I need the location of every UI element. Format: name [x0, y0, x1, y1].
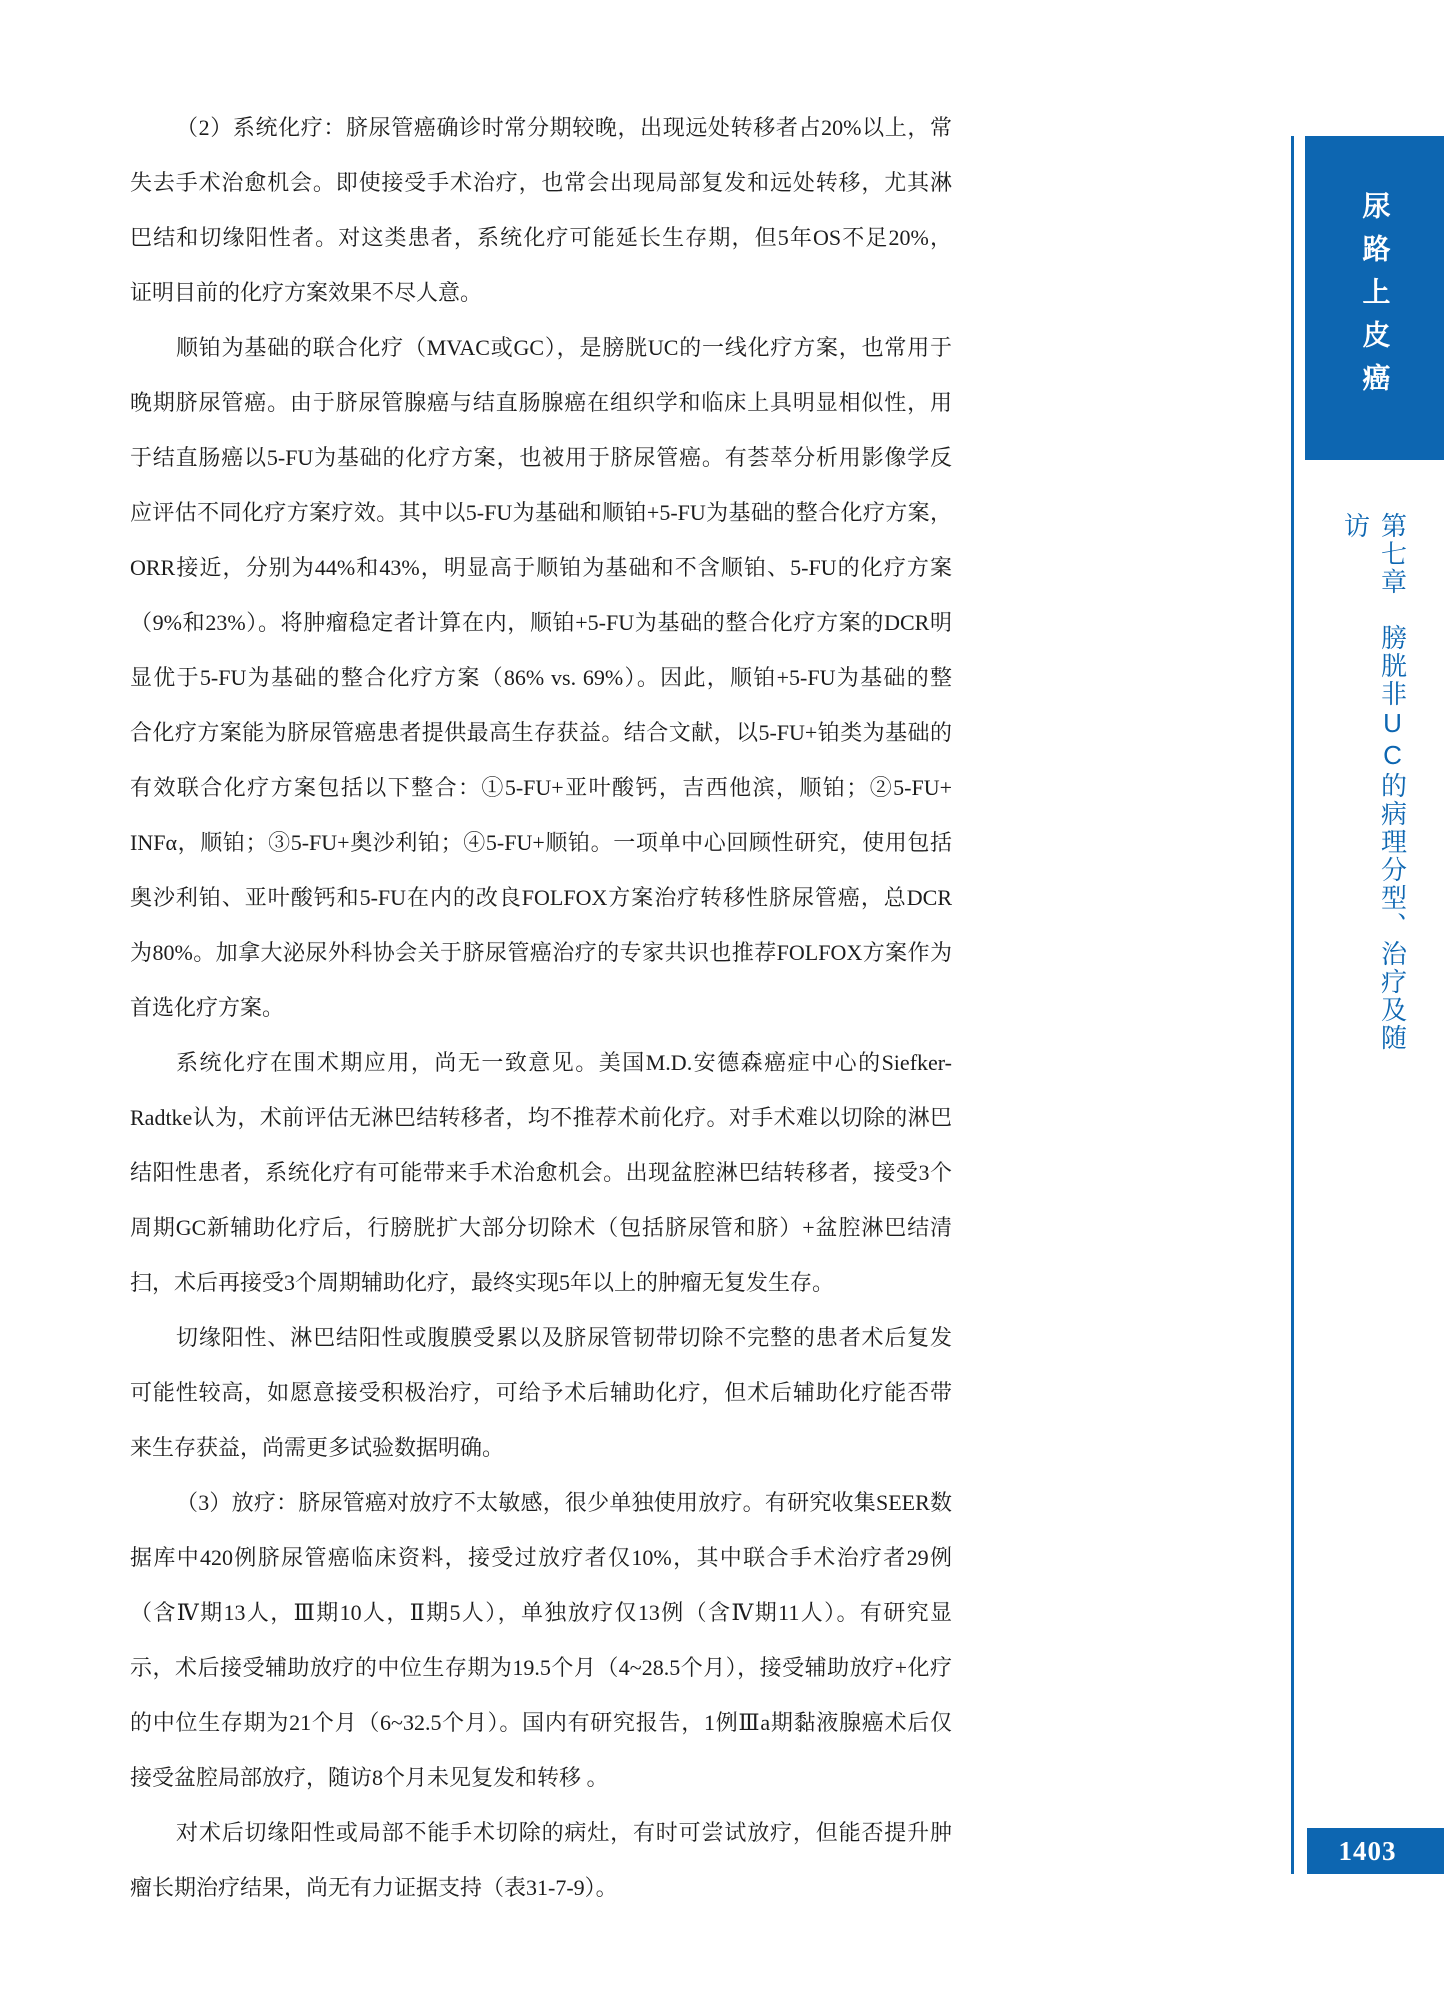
- text-line: 接受盆腔局部放疗，随访8个月未见复发和转移 。: [130, 1750, 952, 1805]
- text-line: 证明目前的化疗方案效果不尽人意。: [130, 265, 952, 320]
- text-line: 失去手术治愈机会。即使接受手术治疗，也常会出现局部复发和远处转移，尤其淋: [130, 155, 952, 210]
- text-line: 的中位生存期为21个月（6~32.5个月）。国内有研究报告，1例Ⅲa期黏液腺癌术…: [130, 1695, 952, 1750]
- text-line: 来生存获益，尚需更多试验数据明确。: [130, 1420, 952, 1475]
- text-line: 可能性较高，如愿意接受积极治疗，可给予术后辅助化疗，但术后辅助化疗能否带: [130, 1365, 952, 1420]
- text-line: 有效联合化疗方案包括以下整合：①5-FU+亚叶酸钙，吉西他滨，顺铂；②5-FU+: [130, 760, 952, 815]
- text-line: 为80%。加拿大泌尿外科协会关于脐尿管癌治疗的专家共识也推荐FOLFOX方案作为: [130, 925, 952, 980]
- section-tab-label: 尿路上皮癌: [1355, 191, 1395, 406]
- text-line: 系统化疗在围术期应用，尚无一致意见。美国M.D.安德森癌症中心的Siefker-: [130, 1035, 952, 1090]
- text-line: 切缘阳性、淋巴结阳性或腹膜受累以及脐尿管韧带切除不完整的患者术后复发: [130, 1310, 952, 1365]
- text-line: （3）放疗：脐尿管癌对放疗不太敏感，很少单独使用放疗。有研究收集SEER数: [130, 1475, 952, 1530]
- text-line: 瘤长期治疗结果，尚无有力证据支持（表31-7-9）。: [130, 1860, 952, 1915]
- book-page: （2）系统化疗：脐尿管癌确诊时常分期较晚，出现远处转移者占20%以上，常 失去手…: [0, 0, 1444, 2010]
- body-text-column: （2）系统化疗：脐尿管癌确诊时常分期较晚，出现远处转移者占20%以上，常 失去手…: [130, 100, 952, 1915]
- sidebar-vertical-rule: [1291, 136, 1294, 1874]
- section-tab: 尿路上皮癌: [1305, 136, 1444, 460]
- page-number: 1403: [1339, 1836, 1397, 1867]
- text-line: 晚期脐尿管癌。由于脐尿管腺癌与结直肠腺癌在组织学和临床上具明显相似性，用: [130, 375, 952, 430]
- text-line: 奥沙利铂、亚叶酸钙和5-FU在内的改良FOLFOX方案治疗转移性脐尿管癌，总DC…: [130, 870, 952, 925]
- text-line: 据库中420例脐尿管癌临床资料，接受过放疗者仅10%，其中联合手术治疗者29例: [130, 1530, 952, 1585]
- text-line: 巴结和切缘阳性者。对这类患者，系统化疗可能延长生存期，但5年OS不足20%，: [130, 210, 952, 265]
- text-line: 周期GC新辅助化疗后，行膀胱扩大部分切除术（包括脐尿管和脐）+盆腔淋巴结清: [130, 1200, 952, 1255]
- text-line: 结阳性患者，系统化疗有可能带来手术治愈机会。出现盆腔淋巴结转移者，接受3个: [130, 1145, 952, 1200]
- text-line: 合化疗方案能为脐尿管癌患者提供最高生存获益。结合文献，以5-FU+铂类为基础的: [130, 705, 952, 760]
- text-line: （含Ⅳ期13人，Ⅲ期10人，Ⅱ期5人），单独放疗仅13例（含Ⅳ期11人）。有研究…: [130, 1585, 952, 1640]
- text-line: ORR接近，分别为44%和43%，明显高于顺铂为基础和不含顺铂、5-FU的化疗方…: [130, 540, 952, 595]
- text-line: 示，术后接受辅助放疗的中位生存期为19.5个月（4~28.5个月），接受辅助放疗…: [130, 1640, 952, 1695]
- chapter-label: 第七章: [1378, 512, 1408, 596]
- chapter-sidebar-title: 第七章膀胱非UC的病理分型、治疗及随访: [1305, 512, 1444, 1072]
- text-line: 对术后切缘阳性或局部不能手术切除的病灶，有时可尝试放疗，但能否提升肿: [130, 1805, 952, 1860]
- text-line: 应评估不同化疗方案疗效。其中以5-FU为基础和顺铂+5-FU为基础的整合化疗方案…: [130, 485, 952, 540]
- text-line: 显优于5-FU为基础的整合化疗方案（86% vs. 69%）。因此，顺铂+5-F…: [130, 650, 952, 705]
- text-line: 首选化疗方案。: [130, 980, 952, 1035]
- text-line: （2）系统化疗：脐尿管癌确诊时常分期较晚，出现远处转移者占20%以上，常: [130, 100, 952, 155]
- text-line: （9%和23%）。将肿瘤稳定者计算在内，顺铂+5-FU为基础的整合化疗方案的DC…: [130, 595, 952, 650]
- text-line: 于结直肠癌以5-FU为基础的化疗方案，也被用于脐尿管癌。有荟萃分析用影像学反: [130, 430, 952, 485]
- page-number-box: 1403: [1307, 1828, 1444, 1874]
- text-line: 扫，术后再接受3个周期辅助化疗，最终实现5年以上的肿瘤无复发生存。: [130, 1255, 952, 1310]
- text-line: INFα，顺铂；③5-FU+奥沙利铂；④5-FU+顺铂。一项单中心回顾性研究，使…: [130, 815, 952, 870]
- text-line: 顺铂为基础的联合化疗（MVAC或GC），是膀胱UC的一线化疗方案，也常用于: [130, 320, 952, 375]
- text-line: Radtke认为，术前评估无淋巴结转移者，均不推荐术前化疗。对手术难以切除的淋巴: [130, 1090, 952, 1145]
